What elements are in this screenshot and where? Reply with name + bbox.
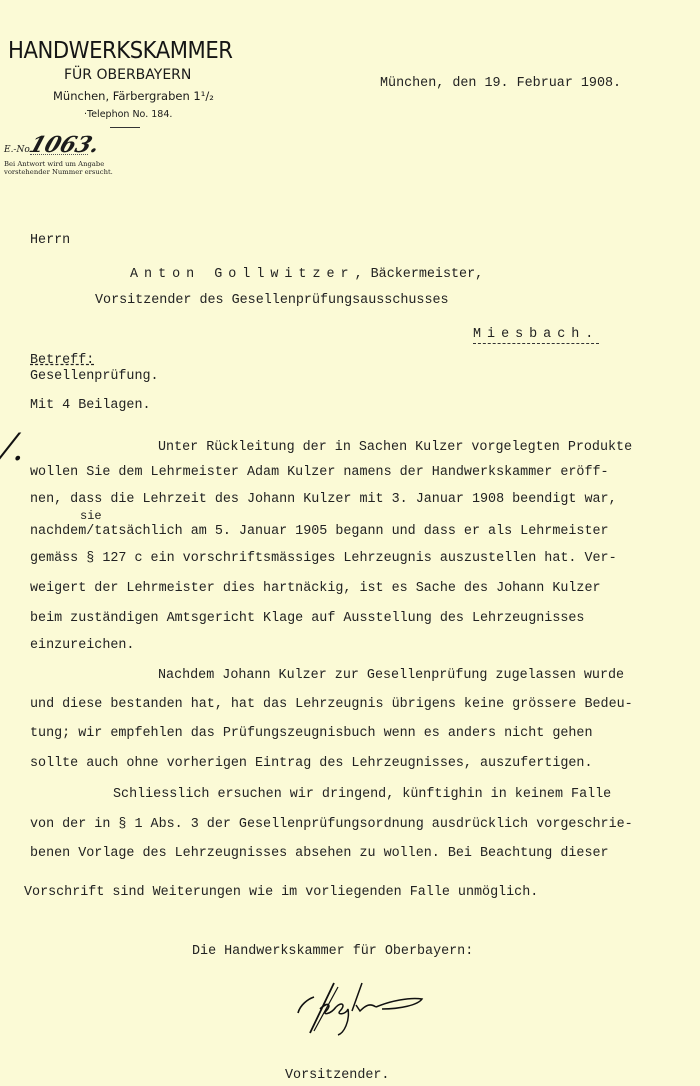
subject-label: Betreff: bbox=[30, 353, 94, 368]
body-line: Schliesslich ersuchen wir dringend, künf… bbox=[113, 787, 611, 802]
enclosures: Mit 4 Beilagen. bbox=[30, 398, 151, 413]
body-line: beim zuständigen Amtsgericht Klage auf A… bbox=[30, 611, 584, 626]
body-line: einzureichen. bbox=[30, 638, 134, 653]
recipient-position: Vorsitzender des Gesellenprüfungsausschu… bbox=[95, 293, 449, 308]
body-line: weigert der Lehrmeister dies hartnäckig,… bbox=[30, 581, 601, 596]
body-line: nen, dass die Lehrzeit des Johann Kulzer… bbox=[30, 492, 617, 507]
recipient-title: , Bäckermeister, bbox=[355, 267, 484, 282]
body-line: von der in § 1 Abs. 3 der Gesellenprüfun… bbox=[30, 817, 633, 832]
body-line: tung; wir empfehlen das Prüfungszeugnisb… bbox=[30, 726, 593, 741]
body-line: und diese bestanden hat, hat das Lehrzeu… bbox=[30, 697, 633, 712]
body-line: Nachdem Johann Kulzer zur Gesellenprüfun… bbox=[158, 668, 624, 683]
signatory-role: Vorsitzender. bbox=[285, 1068, 389, 1083]
letterhead-divider bbox=[110, 127, 140, 128]
recipient-name: Anton Gollwitzer bbox=[130, 267, 355, 282]
salutation: Herrn bbox=[30, 233, 70, 248]
reference-dotted-line bbox=[30, 154, 88, 155]
letterhead-address: München, Färbergraben 1¹/₂ bbox=[53, 89, 214, 103]
letterhead-organization: HANDWERKSKAMMER bbox=[8, 38, 232, 64]
closing-line: Die Handwerkskammer für Oberbayern: bbox=[192, 944, 473, 959]
interlinear-insert: sie bbox=[80, 509, 102, 523]
body-line: benen Vorlage des Lehrzeugnisses absehen… bbox=[30, 846, 609, 861]
body-line: wollen Sie dem Lehrmeister Adam Kulzer n… bbox=[30, 465, 609, 480]
reference-note-line-1: Bei Antwort wird um Angabe bbox=[4, 160, 113, 168]
signature bbox=[290, 975, 430, 1045]
body-line: sollte auch ohne vorherigen Eintrag des … bbox=[30, 756, 593, 771]
subject-value: Gesellenprüfung. bbox=[30, 369, 159, 384]
margin-mark: ⁄. bbox=[6, 428, 23, 469]
recipient-city: Miesbach. bbox=[473, 327, 599, 344]
date-line: München, den 19. Februar 1908. bbox=[380, 76, 621, 91]
body-line: nachdem/tatsächlich am 5. Januar 1905 be… bbox=[30, 524, 609, 539]
body-line: gemäss § 127 c ein vorschriftsmässiges L… bbox=[30, 551, 617, 566]
body-line: Vorschrift sind Weiterungen wie im vorli… bbox=[24, 885, 538, 900]
reference-note-line-2: vorstehender Nummer ersucht. bbox=[4, 168, 113, 176]
letterhead-subtitle: FÜR OBERBAYERN bbox=[64, 67, 191, 83]
letterhead-telephone: ·Telephon No. 184. bbox=[84, 109, 172, 120]
letter-page: HANDWERKSKAMMER FÜR OBERBAYERN München, … bbox=[0, 0, 700, 1086]
body-line: Unter Rückleitung der in Sachen Kulzer v… bbox=[158, 440, 632, 455]
recipient-line: Anton Gollwitzer, Bäckermeister, bbox=[130, 267, 483, 282]
signature-icon bbox=[290, 975, 430, 1040]
reference-note: Bei Antwort wird um Angabe vorstehender … bbox=[4, 160, 113, 176]
